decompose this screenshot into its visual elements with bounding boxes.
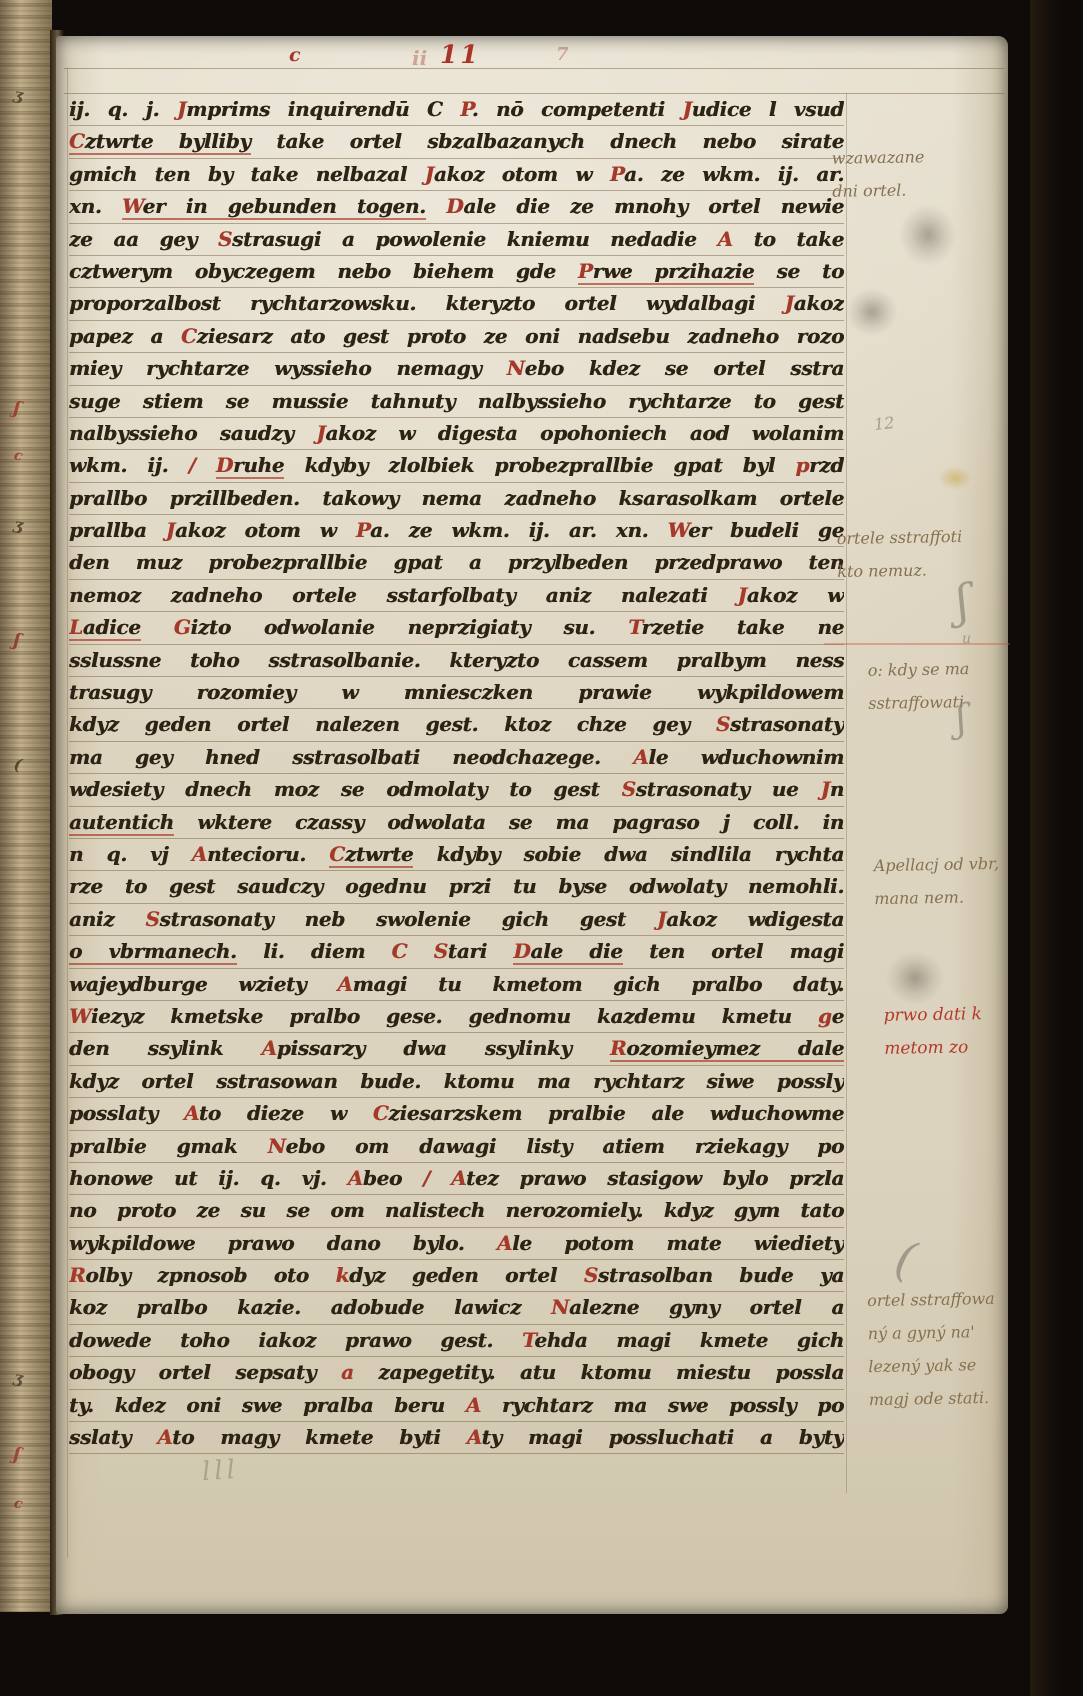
pencil-note: 12 — [873, 413, 895, 434]
pencil-flourish: ʃ — [952, 573, 972, 628]
page-fore-edge — [1008, 0, 1034, 1614]
manuscript-line: sslaty Ato magy kmete byti Aty magi poss… — [69, 1422, 844, 1454]
manuscript-line: posslaty Ato dieze w Cziesarzskem pralbi… — [69, 1098, 844, 1130]
margin-note-line: lezený yak se — [868, 1348, 996, 1383]
margin-red-stroke — [824, 643, 1010, 645]
manuscript-line: den muz probezprallbie gpat a przylbeden… — [69, 547, 844, 579]
margin-note-line: wzawazane — [831, 140, 924, 175]
edge-ink-mark: ʒ — [12, 514, 25, 534]
ink-smudge — [886, 951, 944, 1005]
margin-note-line: magj ode stati. — [869, 1381, 997, 1416]
manuscript-line: miey rychtarze wyssieho nemagy Nebo kdez… — [69, 353, 844, 385]
edge-ink-mark: ʒ — [12, 1367, 25, 1387]
manuscript-line: gmich ten by take nelbazal Jakoz otom w … — [69, 159, 844, 191]
manuscript-photo: ʒʃcʒʃ(ʒʃc c ii 11 7 ij. q. j. Jmprims in… — [0, 0, 1083, 1696]
manuscript-line: wkm. ij. / Druhe kdyby zlolbiek probezpr… — [69, 450, 844, 482]
manuscript-line: xn. Wer in gebunden togen. Dale die ze m… — [69, 191, 844, 223]
margin-note: ortel sstraffowaný a gyný na'lezený yak … — [867, 1282, 997, 1416]
manuscript-line: honowe ut ij. q. vj. Abeo / Atez prawo s… — [69, 1163, 844, 1195]
manuscript-line: kdyz geden ortel nalezen gest. ktoz chze… — [69, 709, 844, 741]
manuscript-line: papez a Cziesarz ato gest proto ze oni n… — [69, 321, 844, 353]
manuscript-line: wajeydburge wziety Amagi tu kmetom gich … — [69, 969, 844, 1001]
manuscript-line: prallbo przillbeden. takowy nema zadneho… — [69, 483, 844, 515]
margin-note-line: mana nem. — [874, 880, 1000, 915]
manuscript-line: suge stiem se mussie tahnuty nalbyssieho… — [69, 386, 844, 418]
manuscript-line: ma gey hned sstrasolbati neodchazege. Al… — [69, 742, 844, 774]
manuscript-line: kdyz ortel sstrasowan bude. ktomu ma ryc… — [69, 1066, 844, 1098]
margin-note: ortele sstraffotikto nemuz. — [836, 520, 963, 588]
margin-note-line: o: kdy se ma — [867, 652, 969, 687]
manuscript-line: rze to gest saudczy ogednu przi tu byse … — [69, 871, 844, 903]
manuscript-line: ij. q. j. Jmprims inquirendū C P. nō com… — [69, 94, 844, 126]
ink-smudge — [846, 288, 898, 336]
manuscript-line: n q. vj Antecioru. Cztwrte kdyby sobie d… — [69, 839, 844, 871]
header-rule — [64, 68, 1004, 69]
manuscript-line: nalbyssieho saudzy Jakoz w digesta opoho… — [69, 418, 844, 450]
margin-note: prwo dati kmetom zo — [883, 998, 982, 1066]
quire-mark: lll — [201, 1455, 240, 1488]
manuscript-line: Rolby zpnosob oto kdyz geden ortel Sstra… — [69, 1260, 844, 1292]
manuscript-line: Ladice Gizto odwolanie neprzigiaty su. T… — [69, 612, 844, 644]
edge-ink-mark: ʒ — [12, 84, 25, 104]
margin-note-line: metom zo — [884, 1031, 983, 1066]
manuscript-line: dowede toho iakoz prawo gest. Tehda magi… — [69, 1325, 844, 1357]
manuscript-line: cztwerym obyczegem nebo biehem gde Prwe … — [69, 256, 844, 288]
edge-ink-mark: ʃ — [12, 1444, 22, 1466]
manuscript-page: c ii 11 7 ij. q. j. Jmprims inquirendū C… — [56, 36, 1008, 1614]
edge-ink-mark: ( — [12, 754, 23, 774]
margin-note-line: prwo dati k — [883, 998, 982, 1033]
margin-note: Apellacj od vbr,mana nem. — [873, 847, 999, 915]
margin-note-line: ortele sstraffoti — [836, 520, 962, 555]
margin-note-line: ný a gyný na' — [867, 1315, 995, 1350]
manuscript-line: o vbrmanech. li. diem C Stari Dale die t… — [69, 936, 844, 968]
manuscript-line: Wiezyz kmetske pralbo gese. gednomu kazd… — [69, 1001, 844, 1033]
manuscript-line: wykpildowe prawo dano bylo. Ale potom ma… — [69, 1228, 844, 1260]
manuscript-line: den ssylink Apissarzy dwa ssylinky Rozom… — [69, 1033, 844, 1065]
manuscript-line: pralbie gmak Nebo om dawagi listy atiem … — [69, 1131, 844, 1163]
left-bounding-rule — [67, 68, 68, 1558]
folio-number-ghost: ii — [412, 46, 427, 70]
manuscript-line: nemoz zadneho ortele sstarfolbaty aniz n… — [69, 580, 844, 612]
margin-note: wzawazanedni ortel. — [831, 140, 925, 208]
manuscript-line: obogy ortel sepsaty a zapegetity. atu kt… — [69, 1357, 844, 1389]
manuscript-line: ty. kdez oni swe pralba beru A rychtarz … — [69, 1390, 844, 1422]
manuscript-line: autentich wktere czassy odwolata se ma p… — [69, 807, 844, 839]
pencil-flourish: ( — [890, 1231, 922, 1290]
margin-note-line: Apellacj od vbr, — [873, 847, 999, 882]
manuscript-line: sslussne toho sstrasolbanie. kteryzto ca… — [69, 645, 844, 677]
ink-smudge — [899, 204, 957, 266]
folio-number: 11 — [440, 40, 481, 69]
manuscript-line: proporzalbost rychtarzowsku. kteryzto or… — [69, 288, 844, 320]
text-block: ij. q. j. Jmprims inquirendū C P. nō com… — [69, 94, 844, 1454]
margin-note-line: kto nemuz. — [837, 553, 963, 588]
edge-ink-mark: c — [12, 447, 24, 464]
manuscript-line: Cztwrte bylliby take ortel sbzalbazanych… — [69, 126, 844, 158]
book-edge-strip: ʒʃcʒʃ(ʒʃc — [0, 0, 52, 1612]
manuscript-line: aniz Sstrasonaty neb swolenie gich gest … — [69, 904, 844, 936]
edge-ink-mark: ʃ — [12, 398, 22, 420]
manuscript-line: koz pralbo kazie. adobude lawicz Nalezne… — [69, 1292, 844, 1324]
manuscript-line: trasugy rozomiey w mniesczken prawie wyk… — [69, 677, 844, 709]
manuscript-line: wdesiety dnech moz se odmolaty to gest S… — [69, 774, 844, 806]
right-bounding-rule — [846, 93, 847, 1493]
manuscript-line: ze aa gey Sstrasugi a powolenie kniemu n… — [69, 224, 844, 256]
manuscript-line: no proto ze su se om nalistech nerozomie… — [69, 1195, 844, 1227]
edge-ink-mark: c — [12, 1495, 24, 1512]
corner-mark: 7 — [556, 44, 569, 65]
wax-stain — [938, 466, 972, 490]
margin-note-line: ortel sstraffowa — [867, 1282, 995, 1317]
margin-note-line: dni ortel. — [832, 173, 925, 208]
manuscript-line: prallba Jakoz otom w Pa. ze wkm. ij. ar.… — [69, 515, 844, 547]
photo-background — [1030, 0, 1083, 1696]
edge-ink-mark: ʃ — [12, 630, 22, 652]
chapter-mark: c — [289, 44, 301, 66]
